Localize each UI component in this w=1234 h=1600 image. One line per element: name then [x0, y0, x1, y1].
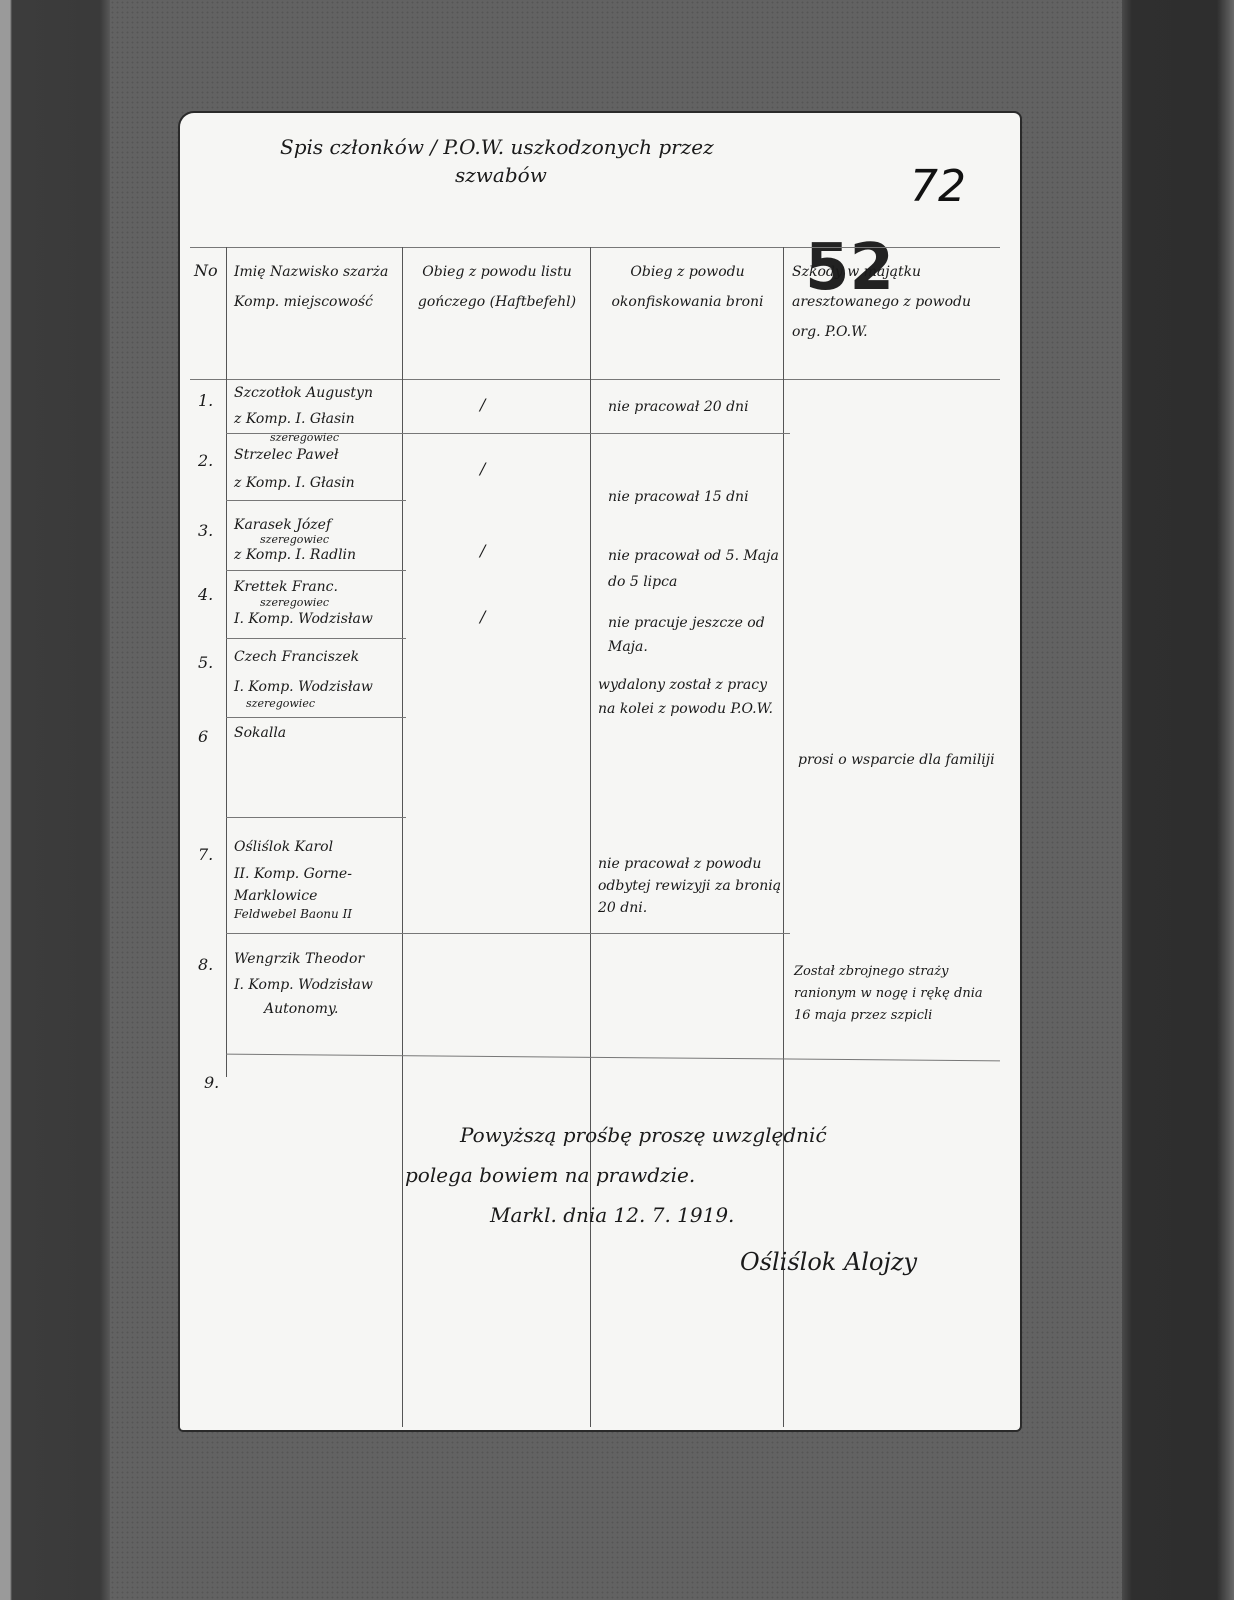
row-8-rank: Autonomy. [264, 1001, 338, 1017]
row-4-warrant: / [480, 607, 485, 626]
row-7-name: Ośliślok Karol [234, 839, 333, 855]
col-divider-3 [590, 247, 591, 1427]
header-name: Imię Nazwisko szarża Komp. miejscowość [234, 257, 394, 317]
row-1-confiscation: nie pracował 20 dni [608, 399, 749, 415]
document-title: Spis członków / P.O.W. uszkodzonych prze… [280, 135, 714, 159]
document-title-line2: szwabów [455, 163, 547, 187]
document-page: Spis członków / P.O.W. uszkodzonych prze… [180, 113, 1020, 1430]
row-5-rank: szeregowiec [246, 697, 315, 710]
row-4-confiscation: nie pracuje jeszcze od Maja. [608, 611, 783, 659]
row-7-rank: Feldwebel Baonu II [234, 907, 352, 921]
row-6-name: Sokalla [234, 725, 286, 741]
header-warrant: Obieg z powodu listu gończego (Haftbefeh… [412, 257, 582, 317]
row-2-detail: z Komp. I. Głasin [234, 475, 355, 491]
row-7-confiscation: nie pracował z powodu odbytej rewizyji z… [598, 853, 783, 919]
table-top-rule [190, 247, 1000, 248]
request-line-1: Powyższą prośbę proszę uwzględnić [460, 1123, 827, 1147]
row-5-name: Czech Franciszek [234, 649, 359, 665]
row-8-name: Wengrzik Theodor [234, 951, 364, 967]
row-1-name: Szczotłok Augustyn [234, 385, 373, 401]
row-6-damages: prosi o wsparcie dla familiji [798, 749, 998, 771]
header-confiscation: Obieg z powodu okonfiskowania broni [600, 257, 775, 317]
row-rule [226, 500, 406, 501]
row-7-no: 7. [198, 845, 213, 864]
row-8-no: 8. [198, 955, 213, 974]
row-8-damages: Został zbrojnego straży ranionym w nogę … [794, 961, 999, 1027]
row-5-no: 5. [198, 653, 213, 672]
place-and-date: Markl. dnia 12. 7. 1919. [490, 1203, 734, 1227]
row-rule [226, 570, 406, 571]
row-3-no: 3. [198, 521, 213, 540]
row-3-rank: szeregowiec [260, 533, 329, 546]
row-1-no: 1. [198, 391, 213, 410]
request-line-2: polega bowiem na prawdzie. [405, 1163, 695, 1187]
row-1-warrant: / [480, 395, 485, 414]
row-7-detail: II. Komp. Gorne-Marklowice [234, 863, 404, 907]
header-damages: Szkody w majątku aresztowanego z powodu … [792, 257, 997, 347]
row-5-confiscation: wydalony został z pracy na kolei z powod… [598, 673, 783, 721]
scanner-frame-right [1122, 0, 1234, 1600]
col-divider-2 [402, 247, 403, 1427]
row-rule [226, 817, 406, 818]
row-2-warrant: / [480, 459, 485, 478]
row-8-detail: I. Komp. Wodzisław [234, 977, 373, 993]
header-bottom-rule [190, 379, 1000, 380]
row-3-name: Karasek Józef [234, 517, 331, 533]
row-rule [226, 638, 406, 639]
row-1-detail: z Komp. I. Głasin [234, 411, 355, 427]
col-divider-1 [226, 247, 227, 1077]
row-4-name: Krettek Franc. [234, 579, 338, 595]
row-3-confiscation: nie pracował od 5. Maja do 5 lipca [608, 543, 788, 595]
row-4-rank: szeregowiec [260, 596, 329, 609]
row-4-no: 4. [198, 585, 213, 604]
header-no: No [194, 261, 218, 280]
row-6-no: 6 [198, 727, 208, 746]
row-rule [226, 933, 790, 934]
row-5-detail: I. Komp. Wodzisław [234, 679, 373, 695]
row-2-no: 2. [198, 451, 213, 470]
row-2-rank: szeregowiec [270, 431, 339, 444]
row-3-detail: z Komp. I. Radlin [234, 547, 356, 563]
row-2-name: Strzelec Paweł [234, 447, 339, 463]
row-rule [226, 1054, 1000, 1062]
row-9-no: 9. [204, 1073, 219, 1092]
scanner-frame-left [0, 0, 110, 1600]
row-2-confiscation: nie pracował 15 dni [608, 489, 749, 505]
row-4-detail: I. Komp. Wodzisław [234, 611, 373, 627]
row-3-warrant: / [480, 541, 485, 560]
archive-folio-number: 72 [910, 161, 966, 212]
row-rule [226, 717, 406, 718]
signature: Ośliślok Alojzy [740, 1248, 917, 1276]
